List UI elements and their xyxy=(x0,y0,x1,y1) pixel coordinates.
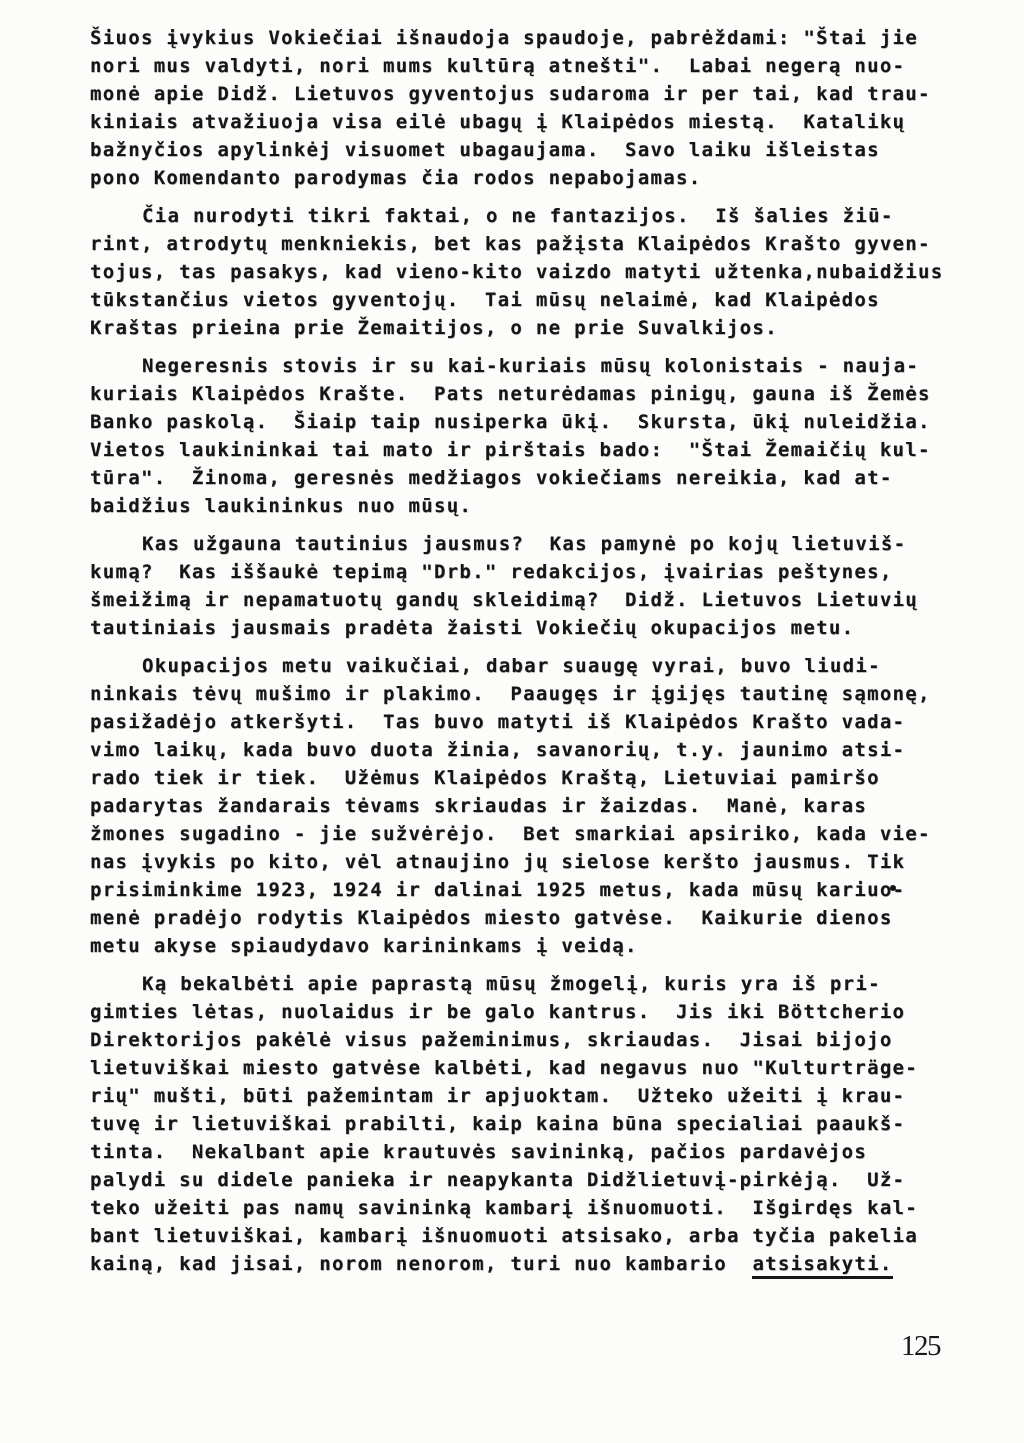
text-line: Okupacijos metu vaikučiai, dabar suaugę … xyxy=(90,652,960,680)
scan-speck xyxy=(890,885,896,891)
scanned-document-page: { "page": { "number": "125", "paper_colo… xyxy=(0,0,1024,1443)
text-line: Banko paskolą. Šiaip taip nusiperka ūkį.… xyxy=(90,408,960,436)
text-line: Šiuos įvykius Vokiečiai išnaudoja spaudo… xyxy=(90,24,960,52)
text-line: baidžius laukininkus nuo mūsų. xyxy=(90,492,960,520)
text-line: prisiminkime 1923, 1924 ir dalinai 1925 … xyxy=(90,876,960,904)
text-line: rado tiek ir tiek. Užėmus Klaipėdos Kraš… xyxy=(90,764,960,792)
text-line: kumą? Kas iššaukė tepimą "Drb." redakcij… xyxy=(90,558,960,586)
text-line: kainą, kad jisai, norom nenorom, turi nu… xyxy=(90,1250,960,1278)
paragraph: Ką bekalbėti apie paprastą mūsų žmogelį,… xyxy=(90,970,960,1278)
text-line: šmeižimą ir nepamatuotų gandų skleidimą?… xyxy=(90,586,960,614)
paragraph: Kas užgauna tautinius jausmus? Kas pamyn… xyxy=(90,530,960,642)
text-line: Negeresnis stovis ir su kai-kuriais mūsų… xyxy=(90,352,960,380)
text-line: monė apie Didž. Lietuvos gyventojus suda… xyxy=(90,80,960,108)
text-line: rint, atrodytų menkniekis, bet kas pažįs… xyxy=(90,230,960,258)
text-line: vimo laikų, kada buvo duota žinia, savan… xyxy=(90,736,960,764)
paragraph: Čia nurodyti tikri faktai, o ne fantazij… xyxy=(90,202,960,342)
text-line: kuriais Klaipėdos Krašte. Pats neturėdam… xyxy=(90,380,960,408)
text-line: teko užeiti pas namų savininką kambarį i… xyxy=(90,1194,960,1222)
text-line: padarytas žandarais tėvams skriaudas ir … xyxy=(90,792,960,820)
typewritten-text-block: Šiuos įvykius Vokiečiai išnaudoja spaudo… xyxy=(90,24,960,1278)
text-line: metu akyse spiaudydavo karininkams į vei… xyxy=(90,932,960,960)
page-number: 125 xyxy=(901,1330,940,1363)
text-line: tuvę ir lietuviškai prabilti, kaip kaina… xyxy=(90,1110,960,1138)
paragraph: Negeresnis stovis ir su kai-kuriais mūsų… xyxy=(90,352,960,520)
text-line: nas įvykis po kito, vėl atnaujino jų sie… xyxy=(90,848,960,876)
paragraph: Šiuos įvykius Vokiečiai išnaudoja spaudo… xyxy=(90,24,960,192)
text-line: ninkais tėvų mušimo ir plakimo. Paaugęs … xyxy=(90,680,960,708)
text-line: menė pradėjo rodytis Klaipėdos miesto ga… xyxy=(90,904,960,932)
text-line: tojus, tas pasakys, kad vieno-kito vaizd… xyxy=(90,258,960,286)
text-line: kiniais atvažiuoja visa eilė ubagų į Kla… xyxy=(90,108,960,136)
text-line: nori mus valdyti, nori mums kultūrą atne… xyxy=(90,52,960,80)
text-line: bant lietuviškai, kambarį išnuomuoti ats… xyxy=(90,1222,960,1250)
text-line: gimties lėtas, nuolaidus ir be galo kant… xyxy=(90,998,960,1026)
text-line: tūra". Žinoma, geresnės medžiagos vokieč… xyxy=(90,464,960,492)
text-line: tinta. Nekalbant apie krautuvės savinink… xyxy=(90,1138,960,1166)
text-line: rių" mušti, būti pažemintam ir apjuoktam… xyxy=(90,1082,960,1110)
underlined-text: atsisakyti. xyxy=(752,1253,892,1279)
text-line: Kraštas prieina prie Žemaitijos, o ne pr… xyxy=(90,314,960,342)
text-line: pasižadėjo atkeršyti. Tas buvo matyti iš… xyxy=(90,708,960,736)
text-line: pono Komendanto parodymas čia rodos nepa… xyxy=(90,164,960,192)
text-line: bažnyčios apylinkėj visuomet ubagaujama.… xyxy=(90,136,960,164)
text-line: žmones sugadino - jie sužvėrėjo. Bet sma… xyxy=(90,820,960,848)
text-line: Ką bekalbėti apie paprastą mūsų žmogelį,… xyxy=(90,970,960,998)
text-line: lietuviškai miesto gatvėse kalbėti, kad … xyxy=(90,1054,960,1082)
text-line: tautiniais jausmais pradėta žaisti Vokie… xyxy=(90,614,960,642)
text-line: Čia nurodyti tikri faktai, o ne fantazij… xyxy=(90,202,960,230)
text-line: Direktorijos pakėlė visus pažeminimus, s… xyxy=(90,1026,960,1054)
text-line: Vietos laukininkai tai mato ir pirštais … xyxy=(90,436,960,464)
text-line: palydi su didele panieka ir neapykanta D… xyxy=(90,1166,960,1194)
document-page: Šiuos įvykius Vokiečiai išnaudoja spaudo… xyxy=(0,0,1024,1443)
text-line: tūkstančius vietos gyventojų. Tai mūsų n… xyxy=(90,286,960,314)
text-line: Kas užgauna tautinius jausmus? Kas pamyn… xyxy=(90,530,960,558)
text-segment: kainą, kad jisai, norom nenorom, turi nu… xyxy=(90,1253,752,1275)
paragraph: Okupacijos metu vaikučiai, dabar suaugę … xyxy=(90,652,960,960)
